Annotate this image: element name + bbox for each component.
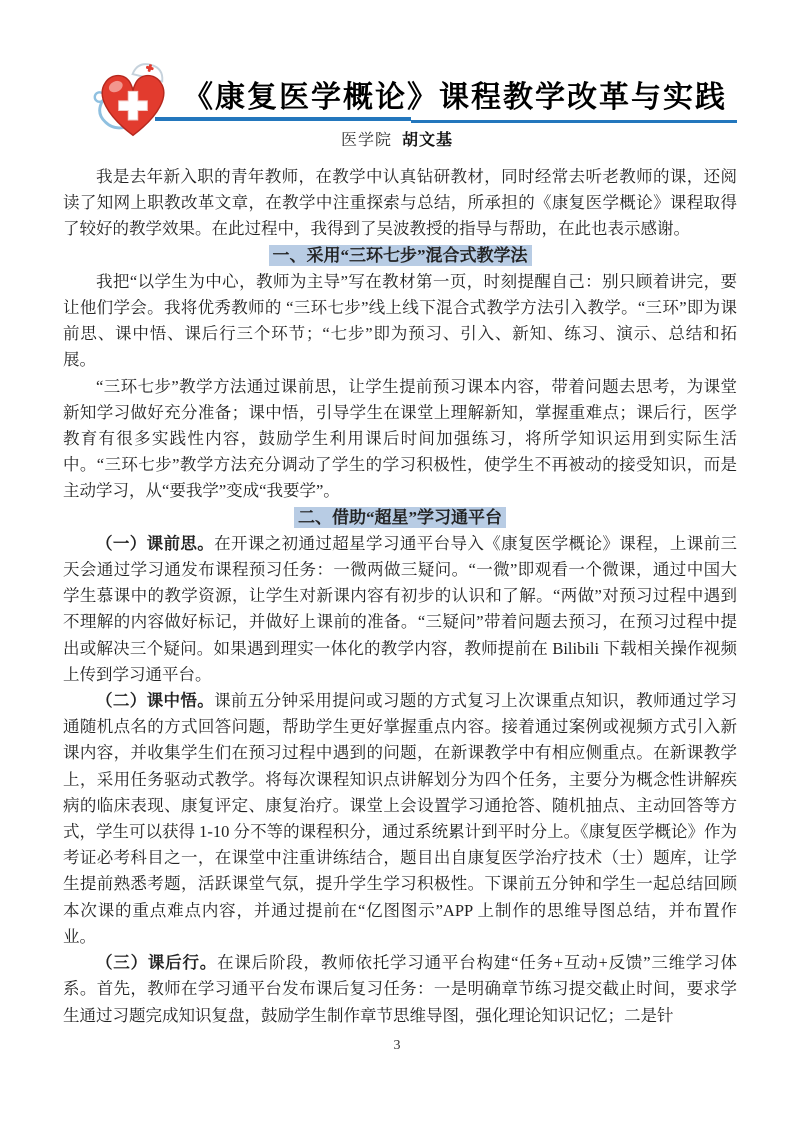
paragraph-after-class-lead: （三）课后行。 <box>96 953 217 972</box>
document-page: 《康复医学概论》课程教学改革与实践 医学院胡文基 我是去年新入职的青年教师，在教… <box>0 0 794 1123</box>
paragraph-in-class-text: 课前五分钟采用提问或习题的方式复习上次课重点知识，教师通过学习通随机点名的方式回… <box>63 691 737 946</box>
paragraph-pre-class-lead: （一）课前思。 <box>96 534 214 553</box>
title-underline <box>155 117 737 125</box>
paragraph-method-detail: “三环七步”教学方法通过课前思，让学生提前预习课本内容，带着问题去思考，为课堂新… <box>63 374 737 505</box>
section-heading-1-text: 一、采用“三环七步”混合式教学法 <box>269 245 532 266</box>
paragraph-after-class: （三）课后行。在课后阶段，教师依托学习通平台构建“任务+互动+反馈”三维学习体系… <box>63 950 737 1029</box>
paragraph-pre-class: （一）课前思。在开课之初通过超星学习通平台导入《康复医学概论》课程，上课前三天会… <box>63 531 737 688</box>
byline-department: 医学院 <box>341 132 392 149</box>
section-heading-2: 二、借助“超星”学习通平台 <box>63 505 737 531</box>
paragraph-pre-class-text: 在开课之初通过超星学习通平台导入《康复医学概论》课程，上课前三天会通过学习通发布… <box>63 534 737 684</box>
title-underline-left-segment <box>155 117 411 121</box>
paragraph-intro: 我是去年新入职的青年教师，在教学中认真钻研教材，同时经常去听老教师的课，还阅读了… <box>63 164 737 243</box>
document-body: 我是去年新入职的青年教师，在教学中认真钻研教材，同时经常去听老教师的课，还阅读了… <box>63 164 737 1029</box>
paragraph-method-overview: 我把“以学生为中心，教师为主导”写在教材第一页，时刻提醒自己：别只顾着讲完，要让… <box>63 269 737 374</box>
section-heading-2-text: 二、借助“超星”学习通平台 <box>294 507 506 528</box>
title-underline-right-segment <box>411 120 737 123</box>
page-number: 3 <box>0 1038 794 1054</box>
byline: 医学院胡文基 <box>0 127 794 150</box>
byline-author: 胡文基 <box>402 132 453 149</box>
paragraph-in-class: （二）课中悟。课前五分钟采用提问或习题的方式复习上次课重点知识，教师通过学习通随… <box>63 688 737 950</box>
section-heading-1: 一、采用“三环七步”混合式教学法 <box>63 243 737 269</box>
page-title: 《康复医学概论》课程教学改革与实践 <box>170 72 740 116</box>
paragraph-in-class-lead: （二）课中悟。 <box>96 691 214 710</box>
